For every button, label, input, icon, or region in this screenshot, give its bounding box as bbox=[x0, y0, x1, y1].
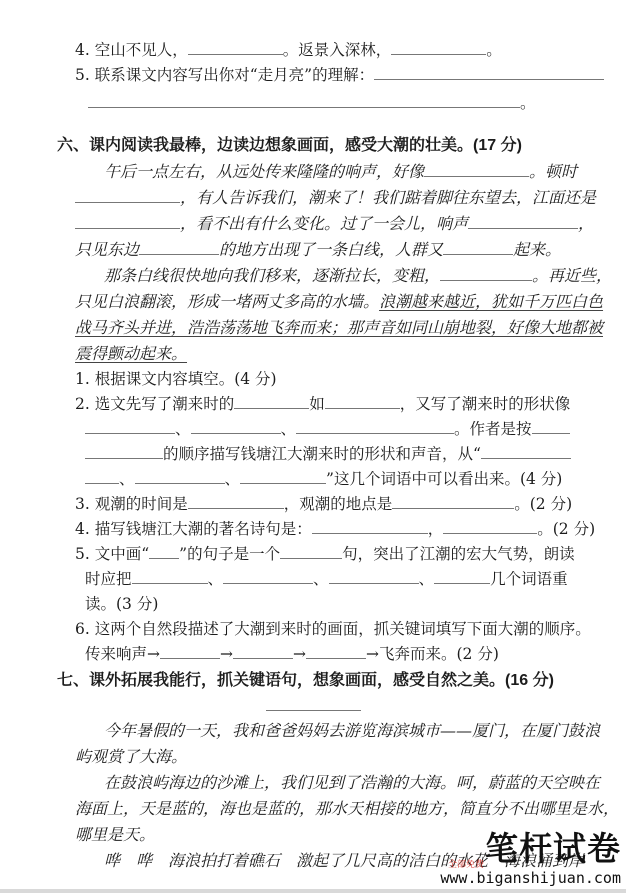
text-run: 哪里是天。 bbox=[75, 825, 155, 844]
underlined-text: 浪潮越来越近，犹如千万匹白色 bbox=[379, 292, 603, 311]
answer-blank[interactable] bbox=[424, 160, 529, 177]
text-run: 屿观赏了大海。 bbox=[75, 747, 187, 766]
answer-blank[interactable] bbox=[233, 643, 293, 660]
underlined-text: 震得颤动起来。 bbox=[75, 344, 187, 363]
section-7-heading: 七、课外拓展我能行，抓关键语句，想象画面，感受自然之美。(16 分) bbox=[0, 667, 626, 694]
text-run: 今年暑假的一天，我和爸爸妈妈去游览海滨城市——厦门，在厦门鼓浪 bbox=[104, 721, 600, 740]
answer-blank[interactable] bbox=[160, 643, 220, 660]
passage-xiamen-line: 今年暑假的一天，我和爸爸妈妈去游览海滨城市——厦门，在厦门鼓浪 bbox=[0, 718, 626, 744]
text-run: ”这几个词语中可以看出来。(4 分) bbox=[326, 470, 562, 488]
answer-blank[interactable] bbox=[532, 418, 570, 435]
text-run: 时应把 bbox=[85, 570, 132, 588]
question-1: 1. 根据课文内容填空。(4 分) bbox=[0, 367, 626, 392]
text-run: 3. 观潮的时间是 bbox=[75, 495, 188, 513]
answer-blank[interactable] bbox=[75, 212, 180, 229]
answer-blank[interactable] bbox=[440, 264, 532, 281]
text-run: 、 bbox=[313, 570, 329, 588]
text-run: 如 bbox=[309, 395, 325, 413]
question-2-cont: 、、”这几个词语中可以看出来。(4 分) bbox=[0, 467, 626, 492]
text-run: 几个词语重 bbox=[490, 570, 568, 588]
question-4: 4. 描写钱塘江大潮的著名诗句是：，。(2 分) bbox=[0, 517, 626, 542]
text-run: 、 bbox=[119, 470, 135, 488]
question-2: 2. 选文先写了潮来时的如，又写了潮来时的形状像 bbox=[0, 392, 626, 417]
answer-blank[interactable] bbox=[392, 493, 514, 510]
watermark-brand-row: 全部免费笔杆试卷 bbox=[440, 832, 621, 872]
answer-blank[interactable] bbox=[85, 468, 119, 485]
text-run: 只见东边 bbox=[75, 240, 139, 259]
text-run: 海面上，天是蓝的，海也是蓝的，那水天相接的地方，简直分不出哪里是水， bbox=[75, 799, 619, 818]
answer-blank[interactable] bbox=[234, 393, 309, 410]
answer-blank[interactable] bbox=[149, 543, 179, 560]
answer-blank[interactable] bbox=[443, 518, 537, 535]
text-run: 六、课内阅读我最棒，边读边想象画面，感受大潮的壮美。(17 分) bbox=[57, 137, 522, 154]
answer-blank[interactable] bbox=[191, 418, 281, 435]
answer-blank[interactable] bbox=[325, 393, 400, 410]
item-5-comprehension-line: 5. 联系课文内容写出你对“走月亮”的理解： bbox=[0, 63, 626, 88]
question-6-cont: 传来响声→→→→飞奔而来。(2 分) bbox=[0, 642, 626, 667]
text-run: 。返景入深林， bbox=[283, 41, 392, 59]
text-run: ，有人告诉我们，潮来了！我们踮着脚往东望去，江面还是 bbox=[180, 188, 596, 207]
answer-blank[interactable] bbox=[223, 568, 313, 585]
text-run: ”的句子是一个 bbox=[179, 545, 280, 563]
text-run: 5. 联系课文内容写出你对“走月亮”的理解： bbox=[75, 66, 374, 84]
text-run: ， bbox=[578, 214, 594, 233]
text-run: 传来响声→ bbox=[85, 645, 160, 663]
passage-title-blank-line bbox=[0, 694, 626, 718]
answer-blank[interactable] bbox=[135, 468, 225, 485]
passage-guanchao-line: 午后一点左右，从远处传来隆隆的响声，好像。顿时 bbox=[0, 159, 626, 185]
text-run: →飞奔而来。(2 分) bbox=[366, 645, 499, 663]
question-5: 5. 文中画“”的句子是一个句，突出了江潮的宏大气势，朗读 bbox=[0, 542, 626, 567]
exam-body: 4. 空山不见人，。返景入深林，。5. 联系课文内容写出你对“走月亮”的理解：。… bbox=[0, 0, 626, 874]
passage-xiamen-line: 屿观赏了大海。 bbox=[0, 744, 626, 770]
passage-guanchao-line: 那条白线很快地向我们移来，逐渐拉长，变粗，。再近些， bbox=[0, 263, 626, 289]
text-run: 2. 选文先写了潮来时的 bbox=[75, 395, 234, 413]
text-run: 、 bbox=[419, 570, 435, 588]
passage-guanchao-line: 震得颤动起来。 bbox=[0, 341, 626, 367]
answer-blank[interactable] bbox=[481, 443, 571, 460]
text-run: 起来。 bbox=[513, 240, 561, 259]
text-run: 。再近些， bbox=[532, 266, 612, 285]
answer-blank[interactable] bbox=[312, 518, 428, 535]
question-2-cont: 的顺序描写钱塘江大潮来时的形状和声音，从“ bbox=[0, 442, 626, 467]
answer-blank[interactable] bbox=[468, 212, 578, 229]
text-run: 七、课外拓展我能行，抓关键语句，想象画面，感受自然之美。(16 分) bbox=[57, 672, 554, 689]
answer-blank[interactable] bbox=[188, 493, 284, 510]
text-run: → bbox=[220, 645, 233, 663]
text-run: 句，突出了江潮的宏大气势，朗读 bbox=[342, 545, 575, 563]
question-6: 6. 这两个自然段描述了大潮到来时的画面，抓关键词填写下面大潮的顺序。 bbox=[0, 617, 626, 642]
passage-guanchao-line: ，有人告诉我们，潮来了！我们踮着脚往东望去，江面还是 bbox=[0, 185, 626, 211]
page-bottom-edge bbox=[0, 889, 626, 893]
text-run: 、 bbox=[225, 470, 241, 488]
passage-guanchao-line: 只见白浪翻滚，形成一堵两丈多高的水墙。浪潮越来越近，犹如千万匹白色 bbox=[0, 289, 626, 315]
answer-blank[interactable] bbox=[374, 64, 604, 81]
text-run: 5. 文中画“ bbox=[75, 545, 149, 563]
text-run: 。(2 分) bbox=[514, 495, 572, 513]
answer-blank[interactable] bbox=[75, 186, 180, 203]
spacer bbox=[0, 118, 626, 132]
passage-guanchao-line: ，看不出有什么变化。过了一会儿，响声， bbox=[0, 211, 626, 237]
question-5-cont: 读。(3 分) bbox=[0, 592, 626, 617]
text-run: ，看不出有什么变化。过了一会儿，响声 bbox=[180, 214, 468, 233]
passage-xiamen-line: 在鼓浪屿海边的沙滩上，我们见到了浩瀚的大海。呵，蔚蓝的天空映在 bbox=[0, 770, 626, 796]
text-run: 。 bbox=[486, 41, 502, 59]
text-run: 、 bbox=[175, 420, 191, 438]
text-run: 。作者是按 bbox=[454, 420, 532, 438]
answer-blank[interactable] bbox=[139, 238, 219, 255]
watermark: 全部免费笔杆试卷 www.biganshijuan.com bbox=[440, 832, 621, 887]
text-run: 的顺序描写钱塘江大潮来时的形状和声音，从“ bbox=[163, 445, 481, 463]
answer-blank[interactable] bbox=[188, 39, 283, 56]
watermark-brand: 笔杆试卷 bbox=[485, 830, 621, 867]
answer-blank[interactable] bbox=[266, 695, 361, 712]
question-5-cont: 时应把、、、几个词语重 bbox=[0, 567, 626, 592]
text-run: 的地方出现了一条白线，人群又 bbox=[219, 240, 443, 259]
answer-blank[interactable] bbox=[329, 568, 419, 585]
answer-blank[interactable] bbox=[296, 418, 454, 435]
underlined-text: 战马齐头并进，浩浩荡荡地飞奔而来；那声音如同山崩地裂，好像大地都被 bbox=[75, 318, 603, 337]
text-run: 读。(3 分) bbox=[85, 595, 158, 613]
text-run: 那条白线很快地向我们移来，逐渐拉长，变粗， bbox=[104, 266, 440, 285]
answer-blank[interactable] bbox=[88, 92, 520, 109]
text-run: 。顿时 bbox=[529, 162, 577, 181]
text-run: 。 bbox=[520, 94, 536, 112]
answer-blank[interactable] bbox=[132, 568, 208, 585]
text-run: → bbox=[293, 645, 306, 663]
text-run: 6. 这两个自然段描述了大潮到来时的画面，抓关键词填写下面大潮的顺序。 bbox=[75, 620, 591, 638]
text-run: 午后一点左右，从远处传来隆隆的响声，好像 bbox=[104, 162, 424, 181]
text-run: 在鼓浪屿海边的沙滩上，我们见到了浩瀚的大海。呵，蔚蓝的天空映在 bbox=[104, 773, 600, 792]
text-run: 、 bbox=[281, 420, 297, 438]
answer-blank[interactable] bbox=[85, 418, 175, 435]
text-run: 、 bbox=[208, 570, 224, 588]
text-run: ，观潮的地点是 bbox=[284, 495, 393, 513]
text-run: 1. 根据课文内容填空。(4 分) bbox=[75, 370, 277, 388]
answer-blank[interactable] bbox=[443, 238, 513, 255]
text-run: 只见白浪翻滚，形成一堵两丈多高的水墙。 bbox=[75, 292, 379, 311]
text-run: ，又写了潮来时的形状像 bbox=[400, 395, 571, 413]
passage-xiamen-line: 海面上，天是蓝的，海也是蓝的，那水天相接的地方，简直分不出哪里是水， bbox=[0, 796, 626, 822]
answer-blank[interactable] bbox=[434, 568, 490, 585]
question-3: 3. 观潮的时间是，观潮的地点是。(2 分) bbox=[0, 492, 626, 517]
passage-guanchao-line: 只见东边的地方出现了一条白线，人群又起来。 bbox=[0, 237, 626, 263]
text-run: 4. 描写钱塘江大潮的著名诗句是： bbox=[75, 520, 312, 538]
question-2-cont: 、、。作者是按 bbox=[0, 417, 626, 442]
passage-guanchao-line: 战马齐头并进，浩浩荡荡地飞奔而来；那声音如同山崩地裂，好像大地都被 bbox=[0, 315, 626, 341]
item-4-poem-line: 4. 空山不见人，。返景入深林，。 bbox=[0, 38, 626, 63]
item-5-answer-line: 。 bbox=[0, 88, 626, 118]
watermark-url: www.biganshijuan.com bbox=[440, 870, 621, 887]
answer-blank[interactable] bbox=[280, 543, 342, 560]
answer-blank[interactable] bbox=[240, 468, 326, 485]
text-run: 。(2 分) bbox=[537, 520, 595, 538]
answer-blank[interactable] bbox=[85, 443, 163, 460]
answer-blank[interactable] bbox=[306, 643, 366, 660]
section-6-heading: 六、课内阅读我最棒，边读边想象画面，感受大潮的壮美。(17 分) bbox=[0, 132, 626, 159]
answer-blank[interactable] bbox=[391, 39, 486, 56]
text-run: 4. 空山不见人， bbox=[75, 41, 188, 59]
text-run: ， bbox=[428, 520, 444, 538]
